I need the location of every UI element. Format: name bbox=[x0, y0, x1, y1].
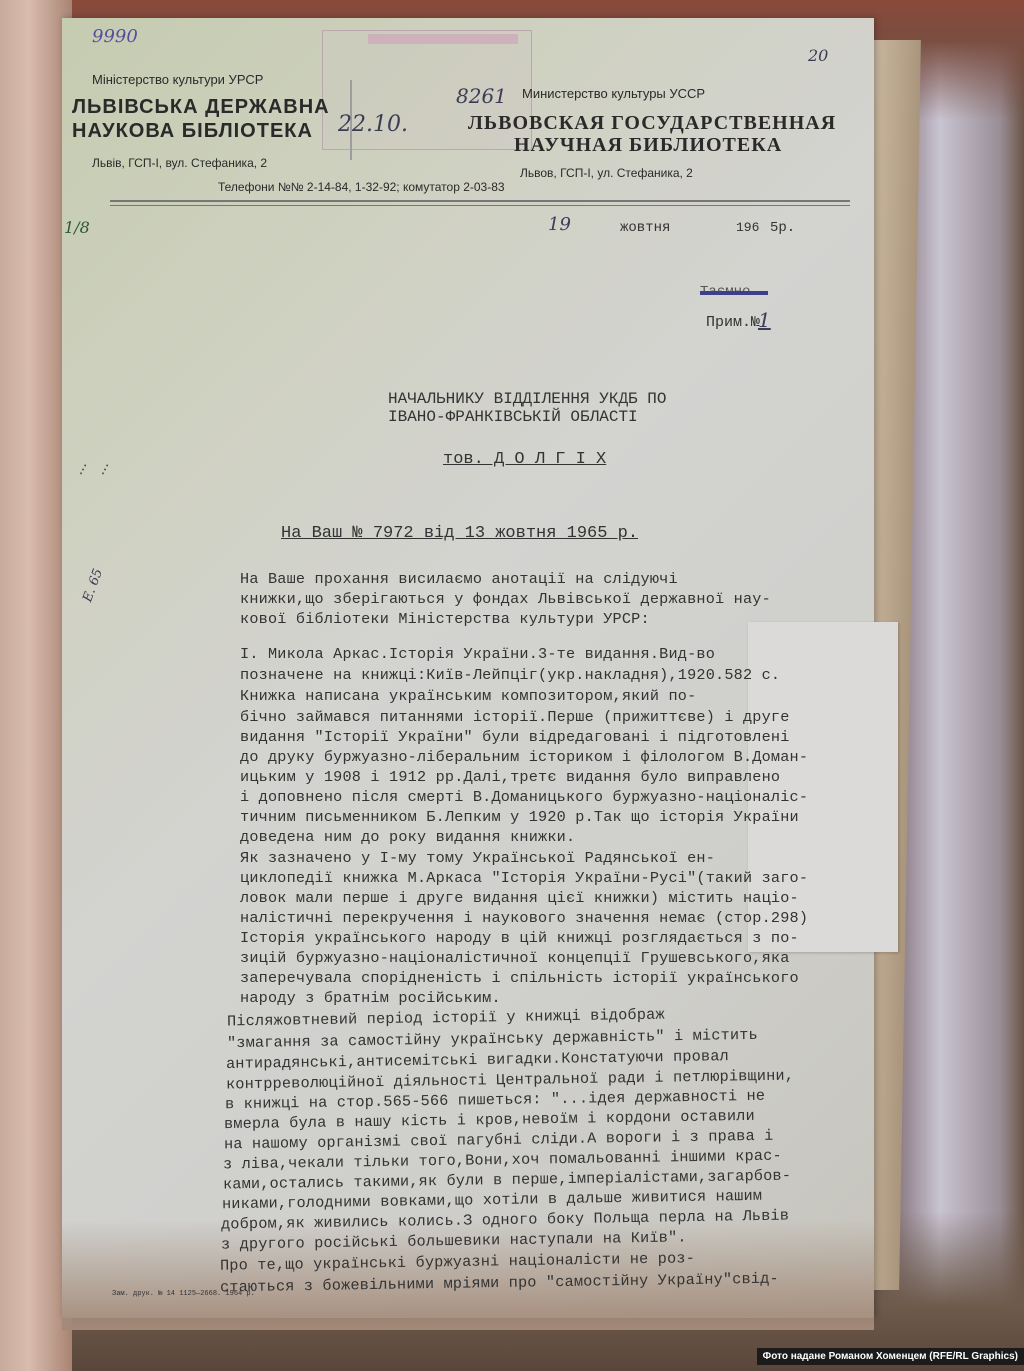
body-line: циклопедії книжка М.Аркаса "Історія Укра… bbox=[240, 869, 808, 887]
addressee-line-2: ІВАНО-ФРАНКІВСЬКІЙ ОБЛАСТІ bbox=[388, 408, 638, 426]
body-line: книжки,що зберігаються у фондах Львівськ… bbox=[240, 590, 771, 608]
body-line: бічно займався питаннями історії.Перше (… bbox=[240, 708, 790, 726]
body-line: ицьким у 1908 і 1912 рр.Далі,третє видан… bbox=[240, 768, 780, 786]
stamp-header-band bbox=[368, 34, 518, 44]
letterhead-phones: Телефони №№ 2-14-84, 1-32-92; комутатор … bbox=[218, 180, 505, 194]
body-line: налістичні перекручення і наукового знач… bbox=[240, 909, 808, 927]
body-line: видання "Історії України" були відредаго… bbox=[240, 728, 790, 746]
print-footer: Зам. друк. № 14 1125—2668. 1964 р. bbox=[112, 1290, 255, 1298]
letter-year-suffix: 5р. bbox=[770, 220, 795, 236]
body-line: Історія українського народу в цій книжці… bbox=[240, 929, 799, 947]
letterhead-right-ministry: Министерство культуры УССР bbox=[522, 86, 705, 101]
body-line: позначене на книжці:Київ-Лейпціг(укр.нак… bbox=[240, 666, 780, 684]
body-line: і доповнено після смерті В.Доманицького … bbox=[240, 788, 808, 806]
handwritten-archive-number: 9990 bbox=[92, 26, 138, 47]
body-line: На Ваше прохання висилаємо анотації на с… bbox=[240, 570, 678, 588]
letterhead-right-name-2: НАУЧНАЯ БИБЛИОТЕКА bbox=[514, 134, 782, 157]
body-line: до друку буржуазно-ліберальним істориком… bbox=[240, 748, 808, 766]
letter-month: жовтня bbox=[620, 220, 670, 236]
body-line: доведена ним до року видання книжки. bbox=[240, 828, 575, 846]
letterhead-left-address: Львів, ГСП-І, вул. Стефаника, 2 bbox=[92, 156, 267, 170]
letter-day: 19 bbox=[548, 214, 571, 235]
body-line: тичним письменником Б.Лепким у 1920 р.Та… bbox=[240, 808, 799, 826]
letterhead-right-name-1: ЛЬВОВСКАЯ ГОСУДАРСТВЕННАЯ bbox=[468, 112, 836, 135]
body-line: І. Микола Аркас.Історія України.3-те вид… bbox=[240, 645, 715, 663]
letterhead-rule bbox=[110, 200, 850, 202]
body-line: Як зазначено у І-му тому Української Рад… bbox=[240, 849, 715, 867]
letterhead-left-name-2: НАУКОВА БІБЛІОТЕКА bbox=[72, 120, 313, 143]
stamp-date: 22.10. bbox=[338, 112, 408, 137]
reference-line: На Ваш № 7972 від 13 жовтня 1965 р. bbox=[281, 524, 638, 543]
letterhead-right-address: Львов, ГСП-І, ул. Стефаника, 2 bbox=[520, 166, 693, 180]
body-line: народу з братнім російським. bbox=[240, 989, 501, 1007]
attachment-label: Прим.№ bbox=[706, 314, 760, 331]
photo-caption: Фото надане Романом Хоменцем (RFE/RL Gra… bbox=[757, 1348, 1024, 1365]
letterhead-left-ministry: Міністерство культури УРСР bbox=[92, 72, 263, 87]
body-line: Книжка написана українським композитором… bbox=[240, 687, 696, 705]
body-line: ловок мали перше і друге видання цієї кн… bbox=[240, 889, 799, 907]
addressee-line-1: НАЧАЛЬНИКУ ВІДДІЛЕННЯ УКДБ ПО bbox=[388, 390, 666, 408]
addressee-name: тов. Д О Л Г І Х bbox=[443, 450, 606, 469]
letterhead-rule-thin bbox=[110, 205, 850, 206]
letter-year-prefix: 196 bbox=[736, 220, 759, 235]
handwritten-page-number: 20 bbox=[808, 46, 828, 65]
body-line: заперечувала спорідненість і спільність … bbox=[240, 969, 799, 987]
body-line: зицій буржуазно-націоналістичної концепц… bbox=[240, 949, 790, 967]
letterhead-left-name-1: ЛЬВІВСЬКА ДЕРЖАВНА bbox=[72, 96, 330, 119]
secrecy-strikethrough bbox=[700, 291, 768, 295]
handwritten-margin-number: 1/8 bbox=[64, 218, 90, 237]
stamp-incoming-number: 8261 bbox=[456, 84, 507, 108]
body-line: кової бібліотеки Міністерства культури У… bbox=[240, 610, 650, 628]
attachment-number: 1 bbox=[758, 308, 771, 332]
